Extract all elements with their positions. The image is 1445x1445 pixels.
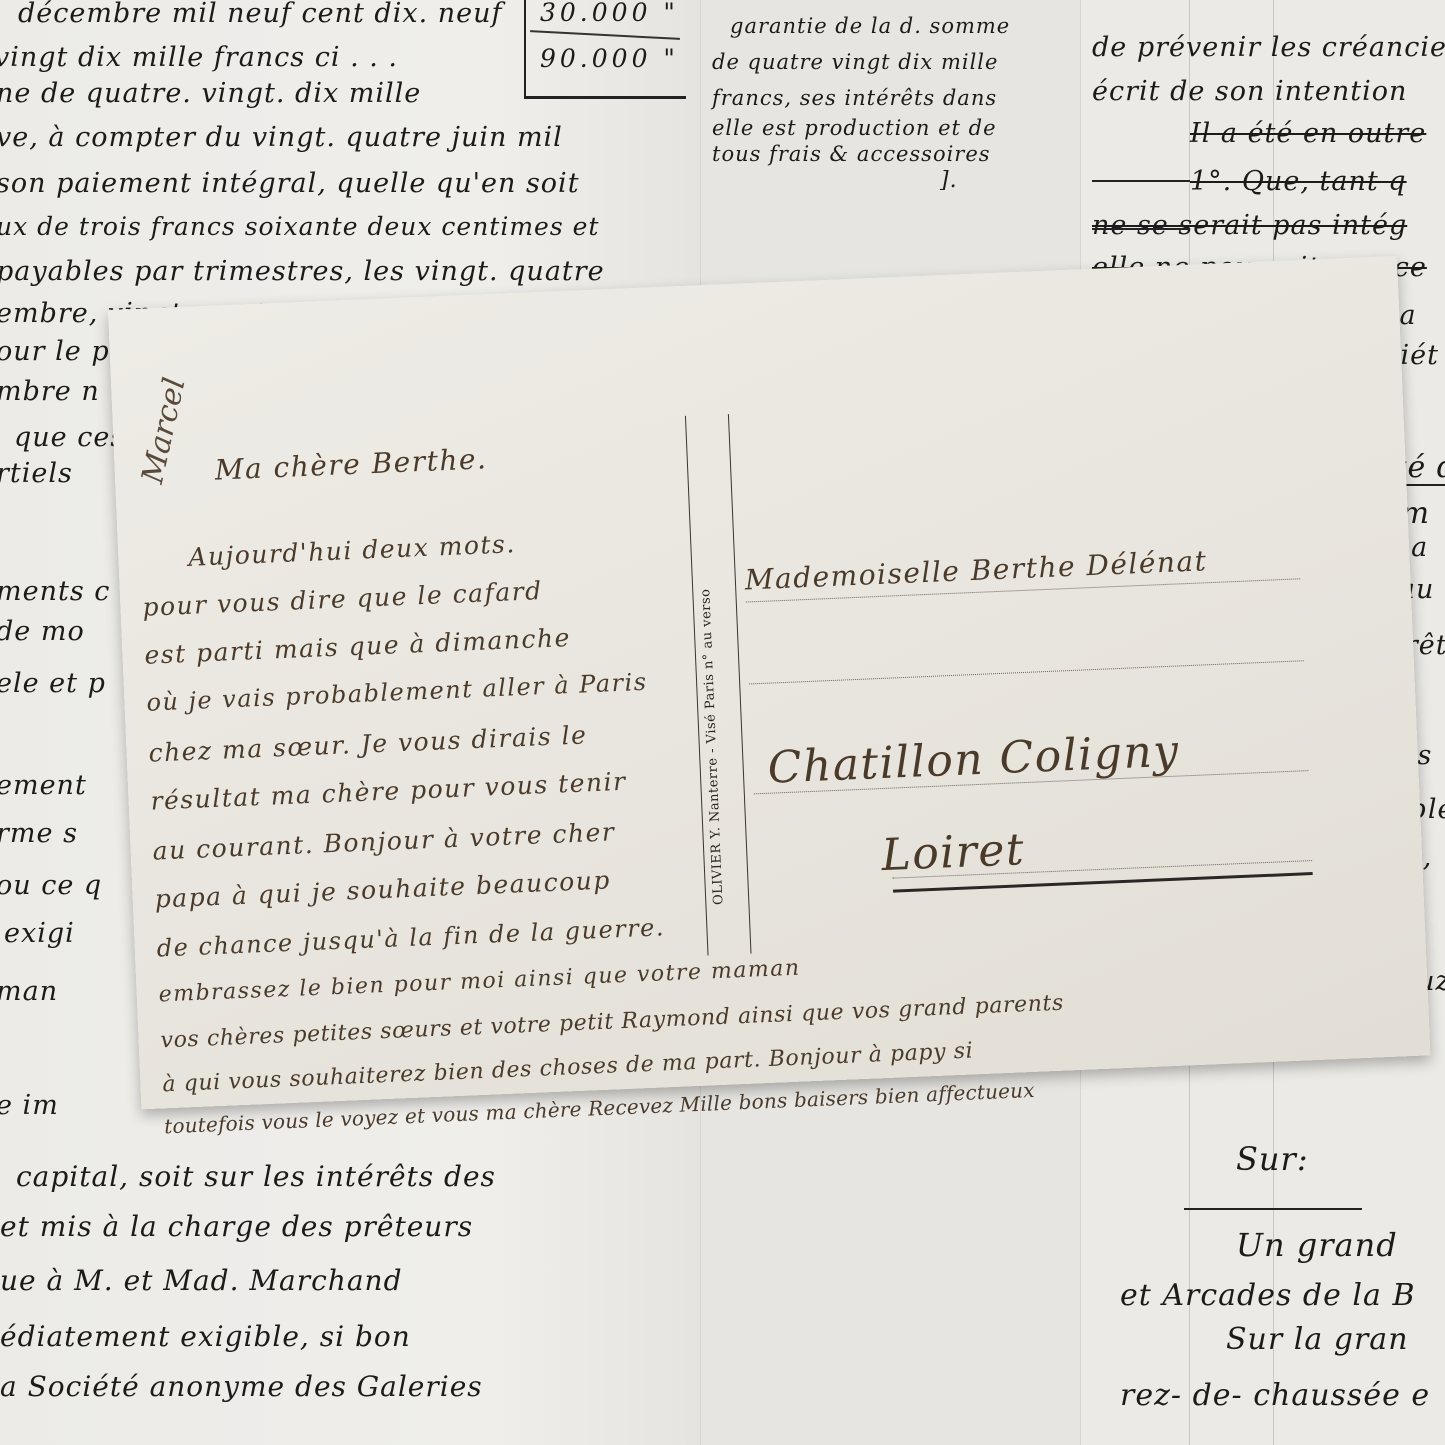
signature: Marcel: [135, 374, 193, 486]
doc-line: décembre mil neuf cent dix. neuf: [18, 0, 503, 29]
doc-line: ux de trois francs soixante deux centime…: [0, 212, 599, 241]
doc-line: Un grand: [1236, 1226, 1398, 1264]
message-line: papa à qui je souhaite beaucoup: [154, 865, 611, 913]
struck-line: 1°. Que, tant q: [1190, 166, 1407, 197]
doc-line: et mis à la charge des prêteurs: [0, 1210, 473, 1243]
doc-line: e im: [0, 1090, 59, 1121]
doc-line: tous frais & accessoires: [712, 142, 991, 166]
doc-line: son paiement intégral, quelle qu'en soit: [0, 168, 580, 199]
doc-line: mbre n: [0, 376, 100, 407]
doc-line: ele et p: [0, 668, 106, 699]
message-line: embrassez le bien pour moi ainsi que vot…: [158, 956, 801, 1008]
message-line: pour vous dire que le cafard: [142, 576, 543, 622]
message-line: de chance jusqu'à la fin de la guerre.: [156, 913, 665, 962]
doc-line: garantie de la d. somme: [730, 14, 1010, 38]
amount-total: 90.000 ": [540, 44, 679, 73]
doc-line: payables par trimestres, les vingt. quat…: [0, 256, 605, 287]
amount-divider: [530, 30, 680, 40]
doc-line: francs, ses intérêts dans: [712, 86, 997, 110]
doc-line: man: [0, 976, 58, 1007]
doc-line: ne de quatre. vingt. dix mille: [0, 78, 421, 109]
heading-underline: [1184, 1208, 1362, 1210]
message-line: Aujourd'hui deux mots.: [188, 529, 516, 572]
strike-dash: [1092, 228, 1190, 230]
card-divider: [728, 414, 752, 954]
doc-line: exigi: [4, 918, 75, 949]
doc-line: de prévenir les créancie: [1092, 32, 1445, 63]
publisher-imprint: OLIVIER Y. Nanterre - Visé Paris n° au v…: [698, 588, 726, 905]
postcard: Marcel Ma chère Berthe. Aujourd'hui deux…: [108, 256, 1430, 1109]
struck-line: Il a été en outre: [1190, 118, 1426, 149]
doc-line: de quatre vingt dix mille: [712, 50, 998, 74]
doc-line: Sur la gran: [1226, 1322, 1409, 1357]
doc-line: de mo: [0, 616, 85, 647]
strike-dash: [1092, 180, 1190, 182]
struck-line: ne se serait pas intég: [1092, 210, 1407, 241]
doc-line: a Société anonyme des Galeries: [0, 1370, 483, 1403]
message-line: où je vais probablement aller à Paris: [146, 668, 648, 717]
doc-line: ement: [0, 770, 87, 801]
doc-line: ve, à compter du vingt. quatre juin mil: [0, 122, 563, 153]
doc-line: rme s: [0, 818, 78, 849]
doc-line: ue à M. et Mad. Marchand: [0, 1264, 403, 1297]
message-line: est parti mais que à dimanche: [144, 623, 571, 670]
message-line: chez ma sœur. Je vous dirais le: [148, 720, 588, 767]
doc-line: elle est production et de: [712, 116, 997, 140]
doc-line: capital, soit sur les intérêts des: [16, 1160, 496, 1193]
address-line: [749, 660, 1304, 684]
doc-line: que ces: [14, 422, 125, 453]
doc-line: ou ce q: [0, 870, 102, 901]
message-line: résultat ma chère pour vous tenir: [150, 767, 627, 816]
doc-line: rez- de- chaussée e: [1120, 1378, 1430, 1413]
message-line: au courant. Bonjour à votre cher: [152, 817, 616, 865]
section-heading: Sur:: [1236, 1140, 1309, 1178]
doc-line: ].: [940, 168, 958, 193]
greeting: Ma chère Berthe.: [214, 442, 488, 486]
doc-line: vingt dix mille francs ci . . .: [0, 42, 398, 73]
doc-line: édiatement exigible, si bon: [0, 1320, 411, 1353]
amount-box: 30.000 " 90.000 ": [524, 0, 686, 99]
recipient-name: Mademoiselle Berthe Délénat: [744, 544, 1208, 596]
doc-line: rtiels: [0, 458, 73, 489]
amount-value: 30.000 ": [540, 0, 679, 27]
doc-line: ments c: [0, 576, 110, 607]
doc-line: et Arcades de la B: [1120, 1278, 1416, 1313]
doc-line: écrit de son intention: [1092, 76, 1407, 107]
